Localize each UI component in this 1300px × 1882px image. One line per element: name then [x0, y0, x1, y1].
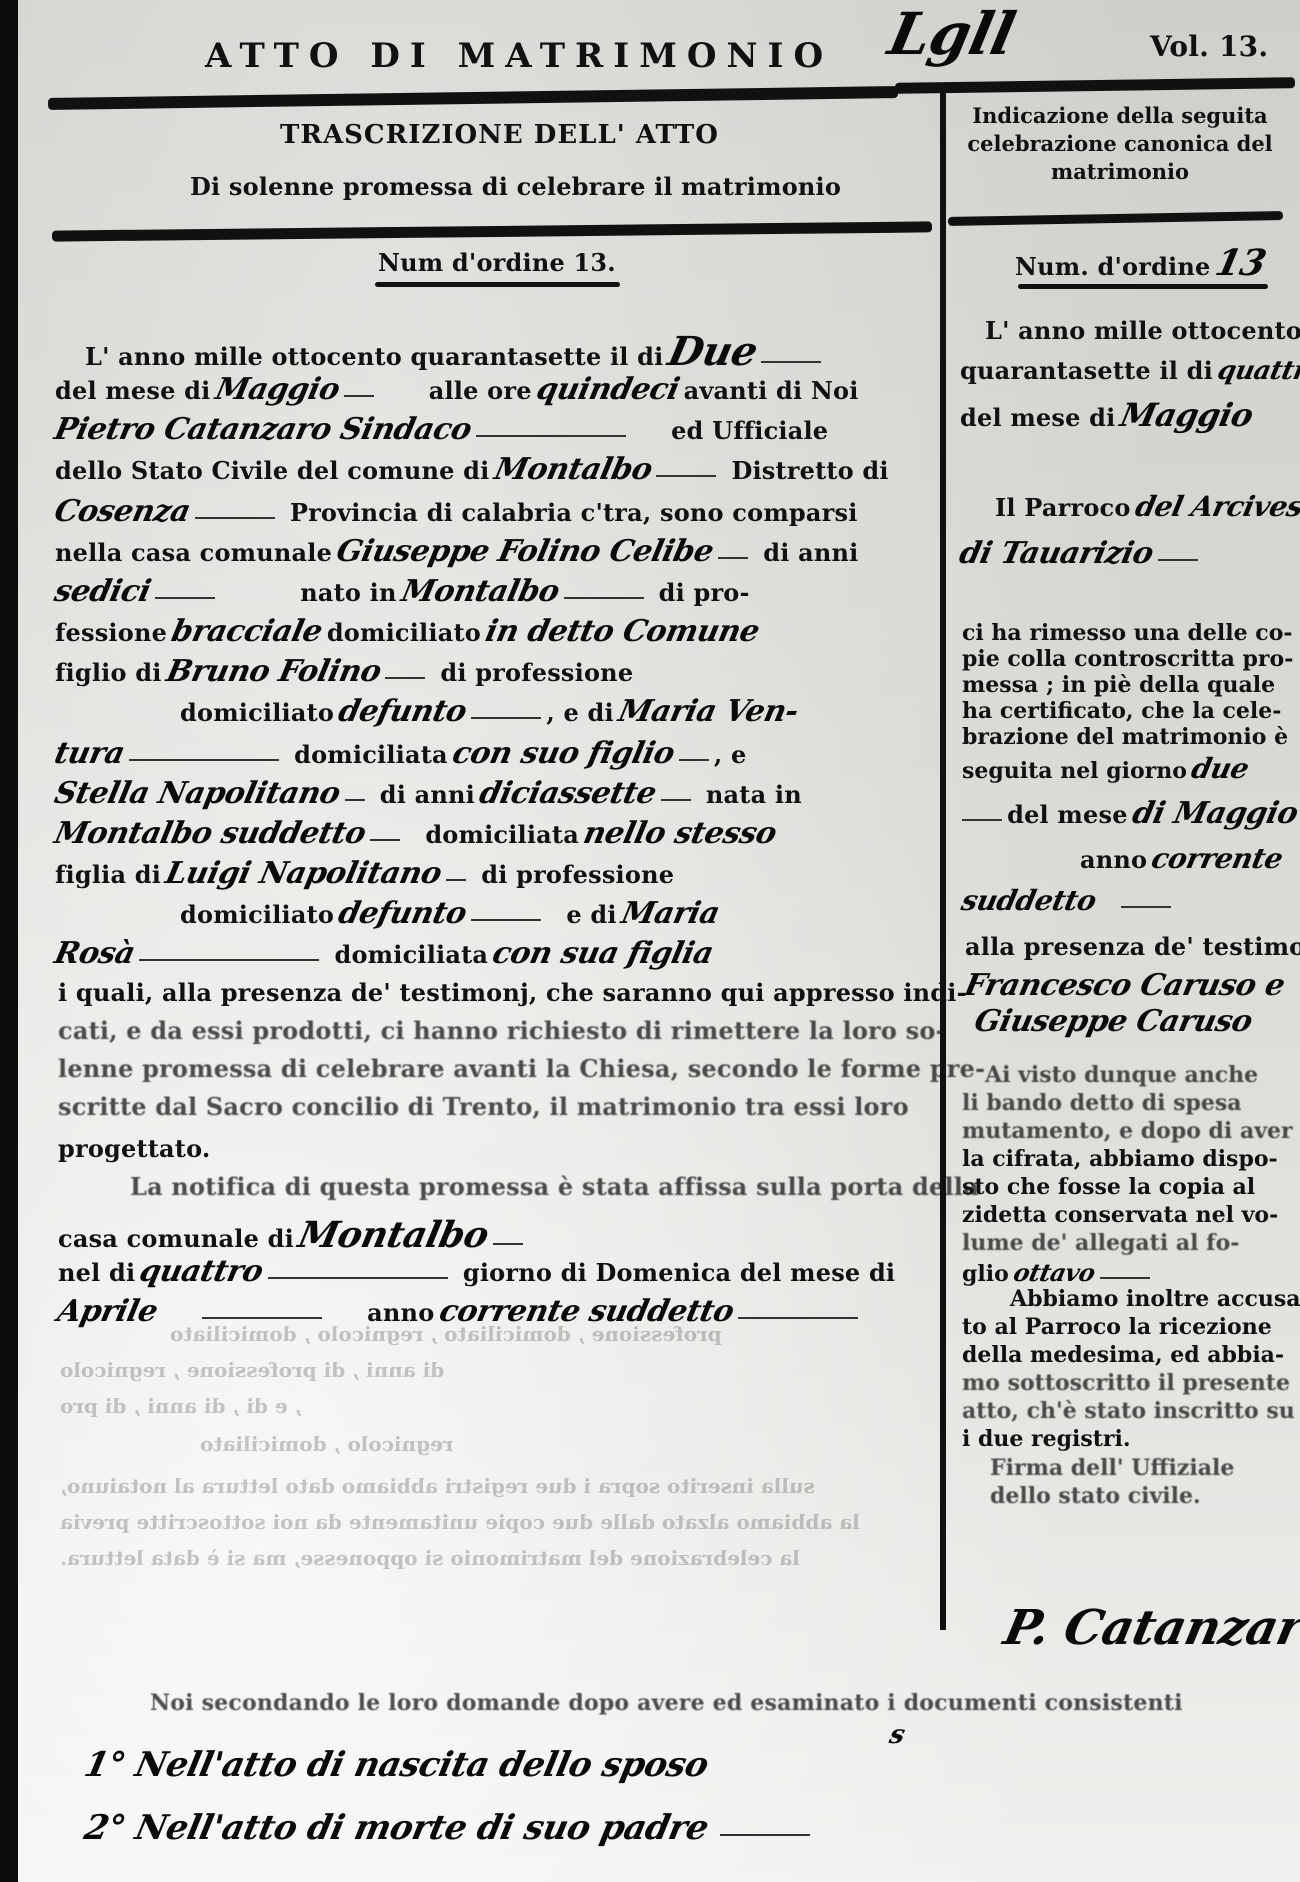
hand-commune: Montalbo — [491, 452, 655, 487]
right-line-3: del mese di Maggio — [960, 396, 1252, 434]
hand-month: Maggio — [212, 372, 342, 407]
right-line-2: quarantasette il di quattro — [960, 356, 1300, 386]
hand-bride-mother: Maria — [618, 896, 722, 931]
form-line-14: figlia di Luigi Napolitano di profession… — [55, 856, 674, 891]
right-para2-line-7: lume de' allegati al fo- — [962, 1230, 1239, 1256]
hand-district: Cosenza — [51, 494, 193, 529]
hand-father-status: defunto — [335, 694, 469, 729]
top-rule-left — [48, 86, 898, 110]
notification-line-1: La notifica di questa promessa è stata a… — [130, 1172, 979, 1201]
form-line-8: fessione bracciale domiciliato in detto … — [55, 614, 759, 649]
footer-item-2-dash — [720, 1832, 810, 1836]
volume-mark: Vol. 13. — [1150, 30, 1268, 63]
footer-mark: s — [887, 1720, 908, 1750]
right-line-4: Il Parroco del Arcivescovo — [995, 490, 1300, 523]
right-para1-line-2: pie colla controscritta pro- — [962, 646, 1293, 672]
right-para3-line-6: i due registri. — [962, 1426, 1131, 1452]
hand-bride-father: Luigi Napolitano — [162, 856, 444, 891]
right-line-5: di Tauarizio — [960, 536, 1198, 571]
hand-bride-domicile: nello stesso — [580, 816, 779, 851]
witness-name-1: Francesco Caruso e — [961, 968, 1288, 1003]
hand-groom-age: sedici — [51, 574, 153, 609]
right-folio-line: glio ottavo — [962, 1258, 1150, 1287]
right-para1-line-5: brazione del matrimonio è — [962, 724, 1288, 750]
right-order-number: Num. d'ordine 13 — [1015, 242, 1265, 284]
right-year-line-2: suddetto — [962, 884, 1171, 917]
right-heading: Indicazione della seguita celebrazione c… — [960, 102, 1280, 186]
bleed-through-7: la celebrazione del matrimonio si oppone… — [60, 1546, 800, 1570]
notification-line-3: nel di quattro giorno di Domenica del me… — [58, 1254, 895, 1289]
top-rule-right — [895, 77, 1295, 94]
body-line-5: progettato. — [58, 1134, 210, 1163]
hand-hour: quindeci — [533, 372, 682, 407]
signature-label: Firma dell' Uffiziale dello stato civile… — [990, 1454, 1290, 1510]
right-para3-line-1: Abbiamo inoltre accusa- — [1010, 1286, 1300, 1312]
form-line-3: Pietro Catanzaro Sindaco ed Ufficiale — [55, 412, 828, 447]
right-para1-line-4: ha certificato, che la cele- — [962, 698, 1281, 724]
witness-label: alla presenza de' testimonj — [965, 932, 1300, 961]
form-line-10: domiciliato defunto , e di Maria Ven- — [180, 694, 798, 729]
document-page: ATTO DI MATRIMONIO Lgll Vol. 13. TRASCRI… — [0, 0, 1300, 1882]
form-line-15: domiciliato defunto e di Maria — [180, 896, 719, 931]
hand-notice-commune: Montalbo — [295, 1214, 493, 1256]
left-order-number: Num d'ordine 13. — [378, 248, 616, 277]
scan-border — [0, 0, 18, 1882]
right-para3-line-2: to al Parroco la ricezione — [962, 1314, 1272, 1340]
right-rule — [948, 211, 1283, 226]
footer-item-2: 2° Nell'atto di morte di suo padre — [81, 1808, 712, 1848]
hand-notice-day: quattro — [137, 1254, 267, 1289]
right-para2-line-2: li bando detto di spesa — [962, 1090, 1242, 1116]
left-subheading: Di solenne promessa di celebrare il matr… — [190, 172, 841, 201]
column-divider — [940, 90, 946, 1630]
hand-mother-domicile: con suo figlio — [449, 736, 677, 771]
form-line-2: del mese di Maggio alle ore quindeci ava… — [55, 372, 859, 407]
bleed-through-5: sulla inserito sopra i due registri abbi… — [60, 1474, 815, 1498]
right-para1-line-1: ci ha rimesso una delle co- — [962, 620, 1293, 646]
right-para2-line-6: zidetta conservata nel vo- — [962, 1202, 1278, 1228]
page-title: ATTO DI MATRIMONIO — [205, 36, 833, 76]
hand-officer: Pietro Catanzaro Sindaco — [51, 412, 474, 447]
left-rule-2 — [52, 221, 932, 241]
hand-bride-name: Stella Napolitano — [51, 776, 343, 811]
bleed-through-1: professione , domiciliato , regnicolo , … — [170, 1322, 722, 1346]
right-year-line: anno corrente — [1080, 842, 1283, 875]
right-para2-line-1: Ai visto dunque anche — [985, 1062, 1258, 1088]
bleed-through-6: la abbiamo alzato dalle due copie unitam… — [60, 1510, 860, 1534]
corner-handwritten-mark: Lgll — [883, 0, 1021, 68]
footer-printed-line: Noi secondando le loro domande dopo aver… — [150, 1690, 1183, 1716]
right-para2-line-3: mutamento, e dopo di aver — [962, 1118, 1293, 1144]
bleed-through-4: regnicolo , domiciliato — [200, 1432, 453, 1456]
form-line-12: Stella Napolitano di anni diciassette na… — [55, 776, 802, 811]
hand-groom-mother: Maria Ven- — [615, 694, 801, 729]
right-para3-line-5: atto, ch'è stato inscritto su — [962, 1398, 1295, 1424]
footer-item-1: 1° Nell'atto di nascita dello sposo — [81, 1745, 712, 1785]
form-line-4: dello Stato Civile del comune di Montalb… — [55, 452, 889, 487]
right-line-1: L' anno mille ottocento — [985, 316, 1300, 345]
right-para2-line-4: la cifrata, abbiamo dispo- — [962, 1146, 1278, 1172]
bleed-through-2: di anni , di professione , regnicolo — [60, 1358, 444, 1382]
right-day-line: seguita nel giorno due — [962, 752, 1248, 785]
body-line-3: lenne promessa di celebrare avanti la Ch… — [58, 1054, 985, 1083]
hand-day: Due — [664, 328, 762, 375]
hand-notice-month: Aprile — [54, 1294, 160, 1329]
order-underline — [375, 282, 620, 287]
hand-groom-profession: bracciale — [168, 614, 325, 649]
hand-groom-name: Giuseppe Folino Celibe — [333, 534, 716, 569]
form-line-7: sedici nato in Montalbo di pro- — [55, 574, 750, 609]
body-line-2: cati, e da essi prodotti, ci hanno richi… — [58, 1016, 946, 1045]
body-line-4: scritte dal Sacro concilio di Trento, il… — [58, 1092, 909, 1121]
right-para2-line-5: sto che fosse la copia al — [962, 1174, 1255, 1200]
right-para1-line-3: messa ; in piè della quale — [962, 672, 1275, 698]
hand-bride-birthplace: Montalbo suddetto — [51, 816, 369, 851]
body-line-1: i quali, alla presenza de' testimonj, ch… — [58, 978, 967, 1007]
right-month-line: del mese di Maggio — [962, 796, 1297, 831]
form-line-6: nella casa comunale Giuseppe Folino Celi… — [55, 534, 858, 569]
form-line-11: tura domiciliata con suo figlio , e — [55, 736, 746, 771]
right-order-underline — [1018, 284, 1268, 289]
form-line-1: L' anno mille ottocento quarantasette il… — [85, 328, 821, 375]
hand-bride-age: diciassette — [476, 776, 659, 811]
right-para3-line-4: mo sottoscritto il presente — [962, 1370, 1290, 1396]
hand-groom-domicile: in detto Comune — [482, 614, 762, 649]
form-line-16: Rosà domiciliata con sua figlia — [55, 936, 713, 971]
form-line-13: Montalbo suddetto domiciliata nello stes… — [55, 816, 776, 851]
hand-groom-father: Bruno Folino — [163, 654, 384, 689]
form-line-9: figlio di Bruno Folino di professione — [55, 654, 633, 689]
left-heading: TRASCRIZIONE DELL' ATTO — [280, 120, 719, 150]
bleed-through-3: , e di , di anni , di pro — [60, 1394, 302, 1418]
right-para3-line-3: della medesima, ed abbia- — [962, 1342, 1284, 1368]
officer-signature: P. Catanzaro — [999, 1600, 1300, 1656]
notification-line-2: casa comunale di Montalbo — [58, 1214, 523, 1256]
witness-name-2: Giuseppe Caruso — [971, 1004, 1255, 1039]
form-line-5: Cosenza Provincia di calabria c'tra, son… — [55, 494, 858, 529]
hand-groom-birthplace: Montalbo — [398, 574, 562, 609]
